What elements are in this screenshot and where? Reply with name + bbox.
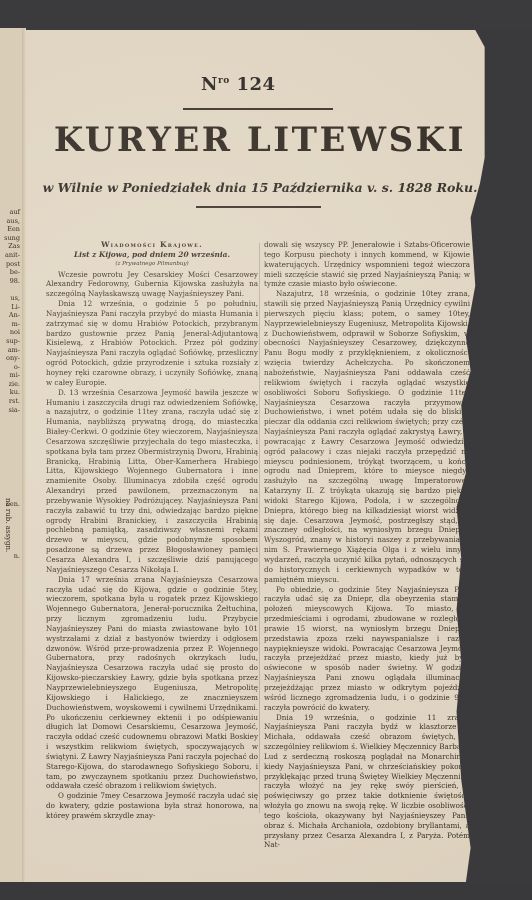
adjacent-page-line: 98. — [0, 277, 22, 286]
article-paragraph: Nazajutrz, 18 września, o godzinie 10tey… — [264, 289, 470, 584]
article-paragraph: dowali się wszyscy PP. Jenerałowie i Szt… — [264, 240, 470, 289]
adjacent-page-line — [0, 449, 22, 458]
masthead-rule-top — [183, 108, 333, 110]
adjacent-page-line: mi- — [0, 371, 22, 380]
adjacent-page-line: am- — [0, 346, 22, 355]
article-paragraph: Dnia 19 września, o godzinie 11 zrana, N… — [264, 713, 470, 851]
right-column-body: dowali się wszyscy PP. Jenerałowie i Szt… — [264, 240, 470, 850]
adjacent-page-line: auf — [0, 208, 22, 217]
article-paragraph: O godzinie 7mey Cesarzowa Jeymość raczył… — [46, 791, 258, 821]
left-column-body: Wczesie powrotu Jey Cesarskiey Mości Ces… — [46, 270, 258, 821]
article-paragraph: Po obiedzie, o godzinie 5tey Nayjaśnieys… — [264, 585, 470, 713]
article-column-right: dowali się wszyscy PP. Jenerałowie i Szt… — [264, 240, 470, 850]
adjacent-page-line: post — [0, 260, 22, 269]
adjacent-page-line: us, — [0, 294, 22, 303]
adjacent-page-line — [0, 431, 22, 440]
adjacent-page-line: ku. — [0, 388, 22, 397]
adjacent-page-line: Li- — [0, 303, 22, 312]
adjacent-page-line: be- — [0, 268, 22, 277]
adjacent-page-line — [0, 440, 22, 449]
adjacent-page-line: Zas — [0, 242, 22, 251]
adjacent-page-line — [0, 423, 22, 432]
book-spine-gutter — [22, 28, 26, 883]
scanner-backdrop-top — [0, 0, 532, 30]
article-column-left: Wiadomości Krajowe. List z Kijowa, pod d… — [46, 240, 258, 821]
adjacent-page-line — [0, 414, 22, 423]
dateline: w Wilnie w Poniedziałek dnia 15 Paździer… — [40, 180, 480, 195]
adjacent-page-line — [0, 483, 22, 492]
article-subheading: List z Kijowa, pod dniem 20 września. — [46, 250, 258, 260]
issue-number-suffix: ro — [218, 76, 230, 86]
adjacent-page-line — [0, 285, 22, 294]
adjacent-page-vertical-text: na rub. assygn. — [4, 498, 12, 552]
article-paragraph: Dnia 12 września, o godzinie 5 po połudn… — [46, 299, 258, 388]
adjacent-page-line: sung — [0, 234, 22, 243]
adjacent-page-line: sup- — [0, 337, 22, 346]
newspaper-page: Nro 124 KURYER LITEWSKI w Wilnie w Ponie… — [26, 30, 494, 882]
column-divider — [259, 243, 260, 813]
adjacent-page-line — [0, 466, 22, 475]
issue-number-prefix: N — [201, 74, 218, 95]
adjacent-page-line: rst. — [0, 397, 22, 406]
adjacent-page-line: ony- — [0, 354, 22, 363]
adjacent-page-line — [0, 474, 22, 483]
article-paragraph: Dnia 17 września zrana Nayjaśnieysza Ces… — [46, 575, 258, 792]
article-paragraph: D. 13 września Cesarzowa Jeymość bawiła … — [46, 388, 258, 575]
section-heading: Wiadomości Krajowe. — [46, 240, 258, 250]
newspaper-title: KURYER LITEWSKI — [40, 120, 480, 160]
masthead-rule-bottom — [196, 206, 321, 208]
adjacent-page-line: An- — [0, 311, 22, 320]
adjacent-page-line: sia- — [0, 406, 22, 415]
scanner-backdrop-bottom — [0, 882, 532, 900]
adjacent-page-line: o- — [0, 363, 22, 372]
adjacent-page-line — [0, 457, 22, 466]
adjacent-page-line: anit- — [0, 251, 22, 260]
article-paragraph: Wczesie powrotu Jey Cesarskiey Mości Ces… — [46, 270, 258, 300]
adjacent-page-line: noi — [0, 328, 22, 337]
adjacent-page-line: n. — [0, 552, 22, 561]
adjacent-page-fragment: aufaus,EensungZasanit-postbe-98. us,Li-A… — [0, 28, 23, 883]
article-source: (z Prywatnego Pilmanbuy) — [46, 260, 258, 270]
adjacent-page-line: aus, — [0, 217, 22, 226]
issue-number: Nro 124 — [201, 74, 276, 95]
adjacent-page-line: zie. — [0, 380, 22, 389]
issue-number-value: 124 — [236, 74, 275, 95]
adjacent-page-line: m- — [0, 320, 22, 329]
adjacent-page-line: Een — [0, 225, 22, 234]
